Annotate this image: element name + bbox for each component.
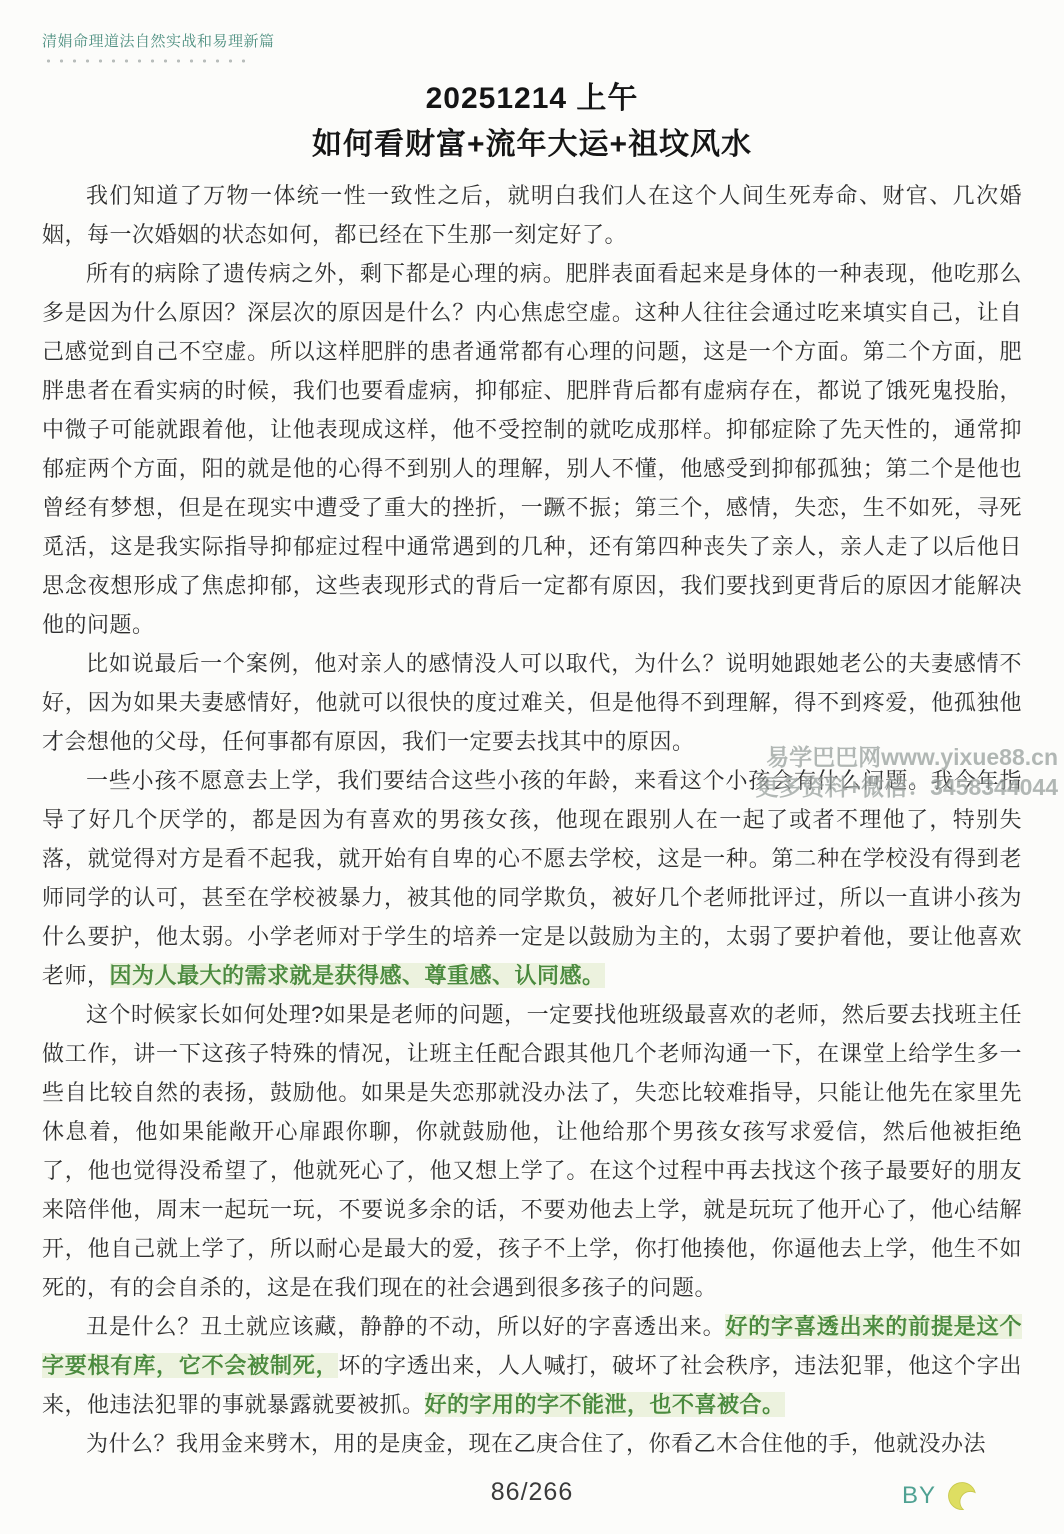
paragraph: 比如说最后一个案例，他对亲人的感情没人可以取代，为什么？说明她跟她老公的夫妻感情…: [42, 644, 1022, 761]
paragraph: 我们知道了万物一体统一性一致性之后，就明白我们人在这个人间生死寿命、财官、几次婚…: [42, 176, 1022, 254]
book-series-title: 清娟命理道法自然实战和易理新篇: [42, 32, 1022, 51]
document-page: 清娟命理道法自然实战和易理新篇 20251214 上午 如何看财富+流年大运+祖…: [0, 0, 1064, 1534]
highlighted-text: 好的字用的字不能泄，也不喜被合。: [425, 1392, 785, 1417]
crescent-moon-icon: [941, 1475, 983, 1517]
paragraph: 丑是什么？丑土就应该藏，静静的不动，所以好的字喜透出来。好的字喜透出来的前提是这…: [42, 1307, 1022, 1424]
lecture-topic-title: 如何看财富+流年大运+祖坟风水: [42, 122, 1022, 168]
dotted-divider: [42, 58, 247, 64]
paragraph: 这个时候家长如何处理?如果是老师的问题，一定要找他班级最喜欢的老师，然后要去找班…: [42, 995, 1022, 1307]
body-text: 所有的病除了遗传病之外，剩下都是心理的病。肥胖表面看起来是身体的一种表现，他吃那…: [42, 261, 1022, 637]
body-text: 丑是什么？丑土就应该藏，静静的不动，所以好的字喜透出来。: [86, 1314, 725, 1339]
paragraph: 为什么？我用金来劈木，用的是庚金，现在乙庚合住了，你看乙木合住他的手，他就没办法: [42, 1424, 1022, 1463]
body-text: 比如说最后一个案例，他对亲人的感情没人可以取代，为什么？说明她跟她老公的夫妻感情…: [42, 651, 1022, 754]
body-text: 为什么？我用金来劈木，用的是庚金，现在乙庚合住了，你看乙木合住他的手，他就没办法: [86, 1431, 986, 1456]
byline: BY: [902, 1478, 980, 1514]
session-date-title: 20251214 上午: [42, 76, 1022, 122]
paragraph: 一些小孩不愿意去上学，我们要结合这些小孩的年龄，来看这个小孩会有什么问题。我今年…: [42, 761, 1022, 995]
body-text: 我们知道了万物一体统一性一致性之后，就明白我们人在这个人间生死寿命、财官、几次婚…: [42, 183, 1022, 247]
page-footer: 86/266 BY: [0, 1478, 1064, 1518]
by-label: BY: [902, 1482, 936, 1510]
paragraph: 所有的病除了遗传病之外，剩下都是心理的病。肥胖表面看起来是身体的一种表现，他吃那…: [42, 254, 1022, 644]
article-body: 我们知道了万物一体统一性一致性之后，就明白我们人在这个人间生死寿命、财官、几次婚…: [42, 176, 1022, 1463]
body-text: 这个时候家长如何处理?如果是老师的问题，一定要找他班级最喜欢的老师，然后要去找班…: [42, 1002, 1022, 1300]
highlighted-text: 因为人最大的需求就是获得感、尊重感、认同感。: [110, 963, 605, 988]
body-text: 一些小孩不愿意去上学，我们要结合这些小孩的年龄，来看这个小孩会有什么问题。我今年…: [42, 768, 1022, 988]
